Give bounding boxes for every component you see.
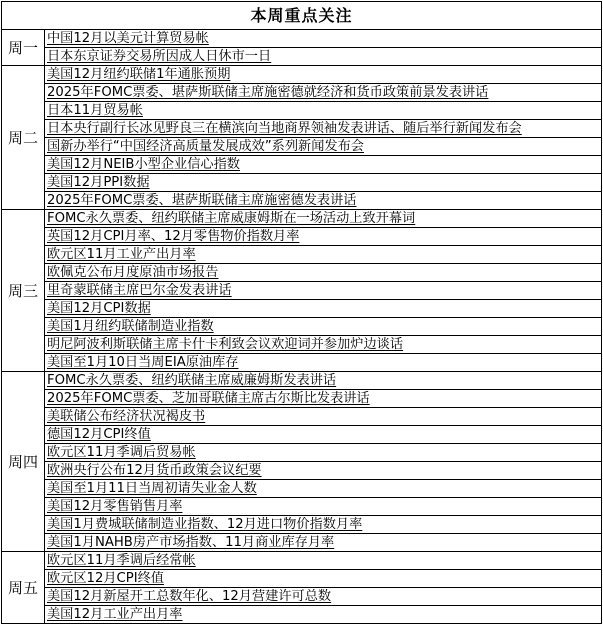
table-row: 2025年FOMC票委、堪萨斯联储主席施密德就经济和货币政策前景发表讲话: [2, 84, 602, 102]
day-label: 周二: [2, 66, 45, 210]
event-item: 欧佩克公布月度原油市场报告: [45, 264, 602, 282]
table-row: 周一中国12月以美元计算贸易帐: [2, 30, 602, 48]
event-item: 欧元区11月季调后贸易帐: [45, 444, 602, 462]
day-label: 周三: [2, 210, 45, 372]
table-row: 美国至1月11日当周初请失业金人数: [2, 480, 602, 498]
event-item: FOMC永久票委、纽约联储主席威康姆斯在一场活动上致开幕词: [45, 210, 602, 228]
day-label: 周五: [2, 552, 45, 624]
event-item: 日本11月贸易帐: [45, 102, 602, 120]
event-item: 美国12月零售销售月率: [45, 498, 602, 516]
event-item: 美国12月PPI数据: [45, 174, 602, 192]
table-title: 本周重点关注: [2, 2, 602, 30]
event-item: 美国12月CPI数据: [45, 300, 602, 318]
event-item: 英国12月CPI月率、12月零售物价指数月率: [45, 228, 602, 246]
table-row: 周五欧元区11月季调后经常帐: [2, 552, 602, 570]
table-row: 欧佩克公布月度原油市场报告: [2, 264, 602, 282]
event-item: 2025年FOMC票委、堪萨斯联储主席施密德发表讲话: [45, 192, 602, 210]
event-item: 美国1月费城联储制造业指数、12月进口物价指数月率: [45, 516, 602, 534]
event-item: 日本央行副行长冰见野良三在横滨向当地商界领袖发表讲话、随后举行新闻发布会: [45, 120, 602, 138]
table-row: 日本11月贸易帐: [2, 102, 602, 120]
table-row: 周三FOMC永久票委、纽约联储主席威康姆斯在一场活动上致开幕词: [2, 210, 602, 228]
event-item: 欧洲央行公布12月货币政策会议纪要: [45, 462, 602, 480]
table-row: 明尼阿波利斯联储主席卡什卡利致会议欢迎词并参加炉边谈话: [2, 336, 602, 354]
table-row: 欧元区12月CPI终值: [2, 570, 602, 588]
event-item: 欧元区11月工业产出月率: [45, 246, 602, 264]
table-row: 美国至1月10日当周EIA原油库存: [2, 354, 602, 372]
table-row: 2025年FOMC票委、堪萨斯联储主席施密德发表讲话: [2, 192, 602, 210]
table-row: 周四FOMC永久票委、纽约联储主席威廉姆斯发表讲话: [2, 372, 602, 390]
table-row: 2025年FOMC票委、芝加哥联储主席古尔斯比发表讲话: [2, 390, 602, 408]
event-item: 美联储公布经济状况褐皮书: [45, 408, 602, 426]
table-row: 德国12月CPI终值: [2, 426, 602, 444]
table-row: 欧洲央行公布12月货币政策会议纪要: [2, 462, 602, 480]
weekly-focus-table: 本周重点关注 周一中国12月以美元计算贸易帐日本东京证券交易所因成人日休市一日周…: [1, 1, 602, 624]
event-item: 国新办举行“中国经济高质量发展成效”系列新闻发布会: [45, 138, 602, 156]
table-row: 美国1月纽约联储制造业指数: [2, 318, 602, 336]
table-row: 里奇蒙联储主席巴尔金发表讲话: [2, 282, 602, 300]
event-item: 欧元区11月季调后经常帐: [45, 552, 602, 570]
event-item: 美国1月NAHB房产市场指数、11月商业库存月率: [45, 534, 602, 552]
table-row: 美国12月新屋开工总数年化、12月营建许可总数: [2, 588, 602, 606]
event-item: FOMC永久票委、纽约联储主席威廉姆斯发表讲话: [45, 372, 602, 390]
event-item: 2025年FOMC票委、芝加哥联储主席古尔斯比发表讲话: [45, 390, 602, 408]
title-row: 本周重点关注: [2, 2, 602, 30]
event-item: 美国12月NEIB小型企业信心指数: [45, 156, 602, 174]
event-item: 欧元区12月CPI终值: [45, 570, 602, 588]
table-row: 国新办举行“中国经济高质量发展成效”系列新闻发布会: [2, 138, 602, 156]
event-item: 美国1月纽约联储制造业指数: [45, 318, 602, 336]
event-item: 美国12月新屋开工总数年化、12月营建许可总数: [45, 588, 602, 606]
event-item: 美国至1月10日当周EIA原油库存: [45, 354, 602, 372]
table-row: 美国12月零售销售月率: [2, 498, 602, 516]
event-item: 中国12月以美元计算贸易帐: [45, 30, 602, 48]
table-row: 美国12月PPI数据: [2, 174, 602, 192]
event-item: 日本东京证券交易所因成人日休市一日: [45, 48, 602, 66]
table-row: 美联储公布经济状况褐皮书: [2, 408, 602, 426]
table-row: 日本东京证券交易所因成人日休市一日: [2, 48, 602, 66]
table-row: 美国1月NAHB房产市场指数、11月商业库存月率: [2, 534, 602, 552]
table-row: 欧元区11月季调后贸易帐: [2, 444, 602, 462]
event-item: 美国至1月11日当周初请失业金人数: [45, 480, 602, 498]
table-row: 日本央行副行长冰见野良三在横滨向当地商界领袖发表讲话、随后举行新闻发布会: [2, 120, 602, 138]
day-label: 周四: [2, 372, 45, 552]
table-row: 欧元区11月工业产出月率: [2, 246, 602, 264]
event-item: 2025年FOMC票委、堪萨斯联储主席施密德就经济和货币政策前景发表讲话: [45, 84, 602, 102]
table-row: 周二美国12月纽约联储1年通胀预期: [2, 66, 602, 84]
table-row: 美国1月费城联储制造业指数、12月进口物价指数月率: [2, 516, 602, 534]
table-row: 美国12月CPI数据: [2, 300, 602, 318]
event-item: 美国12月纽约联储1年通胀预期: [45, 66, 602, 84]
table-row: 美国12月工业产出月率: [2, 606, 602, 624]
event-item: 德国12月CPI终值: [45, 426, 602, 444]
event-item: 里奇蒙联储主席巴尔金发表讲话: [45, 282, 602, 300]
table-row: 英国12月CPI月率、12月零售物价指数月率: [2, 228, 602, 246]
table-row: 美国12月NEIB小型企业信心指数: [2, 156, 602, 174]
day-label: 周一: [2, 30, 45, 66]
event-item: 明尼阿波利斯联储主席卡什卡利致会议欢迎词并参加炉边谈话: [45, 336, 602, 354]
event-item: 美国12月工业产出月率: [45, 606, 602, 624]
